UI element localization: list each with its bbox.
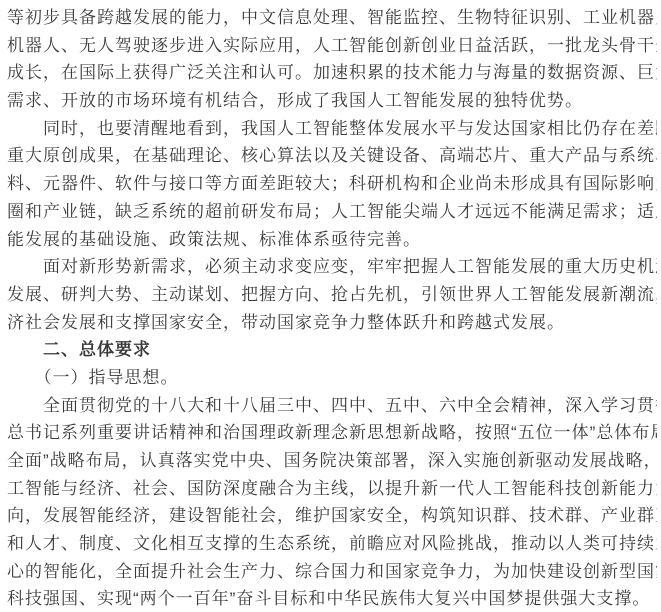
paragraph: 全面贯彻党的十八大和十八届三中、四中、五中、六中全会精神，深入学习贯彻习近平总书… (7, 392, 657, 612)
text-line: 工智能与经济、社会、国防深度融合为主线，以提升新一代人工智能科技创新能力为主攻方 (7, 475, 657, 503)
text-line: 需求、开放的市场环境有机结合，形成了我国人工智能发展的独特优势。 (7, 87, 657, 115)
text-line: 心的智能化，全面提升社会生产力、综合国力和国家竞争力，为加快建设创新型国家和世界 (7, 558, 657, 586)
text-line: 同时，也要清醒地看到，我国人工智能整体发展水平与发达国家相比仍存在差距，缺少 (7, 115, 657, 143)
paragraph: 面对新形势新需求，必须主动求变应变，牢牢把握人工智能发展的重大历史机遇，紧扣发展… (7, 253, 657, 336)
text-line: 成长，在国际上获得广泛关注和认可。加速积累的技术能力与海量的数据资源、巨大的应用 (7, 59, 657, 87)
text-line: 全面”战略布局，认真落实党中央、国务院决策部署，深入实施创新驱动发展战略，以加快… (7, 447, 657, 475)
paragraph: 等初步具备跨越发展的能力，中文信息处理、智能监控、生物特征识别、工业机器人、服务… (7, 4, 657, 115)
text-line: 和人才、制度、文化相互支撑的生态系统，前瞻应对风险挑战，推动以人类可持续发展为中 (7, 530, 657, 558)
text-line: 总书记系列重要讲话精神和治国理政新理念新思想新战略，按照“五位一体”总体布局和“… (7, 419, 657, 447)
document-body: 等初步具备跨越发展的能力，中文信息处理、智能监控、生物特征识别、工业机器人、服务… (7, 4, 657, 612)
text-line: 二、总体要求 (7, 336, 657, 364)
text-line: 重大原创成果，在基础理论、核心算法以及关键设备、高端芯片、重大产品与系统、基础材 (7, 142, 657, 170)
text-line: （一）指导思想。 (7, 364, 657, 392)
text-line: 圈和产业链，缺乏系统的超前研发布局；人工智能尖端人才远远不能满足需求；适应人工智 (7, 198, 657, 226)
text-line: 全面贯彻党的十八大和十八届三中、四中、五中、六中全会精神，深入学习贯彻习近平 (7, 392, 657, 420)
document-page: 等初步具备跨越发展的能力，中文信息处理、智能监控、生物特征识别、工业机器人、服务… (0, 0, 661, 612)
text-line: 济社会发展和支撑国家安全，带动国家竞争力整体跃升和跨越式发展。 (7, 309, 657, 337)
text-line: 发展、研判大势、主动谋划、把握方向、抢占先机，引领世界人工智能发展新潮流，服务经 (7, 281, 657, 309)
text-line: 等初步具备跨越发展的能力，中文信息处理、智能监控、生物特征识别、工业机器人、服务 (7, 4, 657, 32)
text-line: 向，发展智能经济，建设智能社会，维护国家安全，构筑知识群、技术群、产业群互动融合 (7, 502, 657, 530)
text-line: 能发展的基础设施、政策法规、标准体系亟待完善。 (7, 226, 657, 254)
paragraph: 同时，也要清醒地看到，我国人工智能整体发展水平与发达国家相比仍存在差距，缺少重大… (7, 115, 657, 253)
text-line: 料、元器件、软件与接口等方面差距较大；科研机构和企业尚未形成具有国际影响力的生态 (7, 170, 657, 198)
text-line: 机器人、无人驾驶逐步进入实际应用，人工智能创新创业日益活跃，一批龙头骨干企业加速 (7, 32, 657, 60)
text-line: 科技强国、实现“两个一百年”奋斗目标和中华民族伟大复兴中国梦提供强大支撑。 (7, 585, 657, 612)
paragraph: （一）指导思想。 (7, 364, 657, 392)
section-heading: 二、总体要求 (7, 336, 657, 364)
text-line: 面对新形势新需求，必须主动求变应变，牢牢把握人工智能发展的重大历史机遇，紧扣 (7, 253, 657, 281)
